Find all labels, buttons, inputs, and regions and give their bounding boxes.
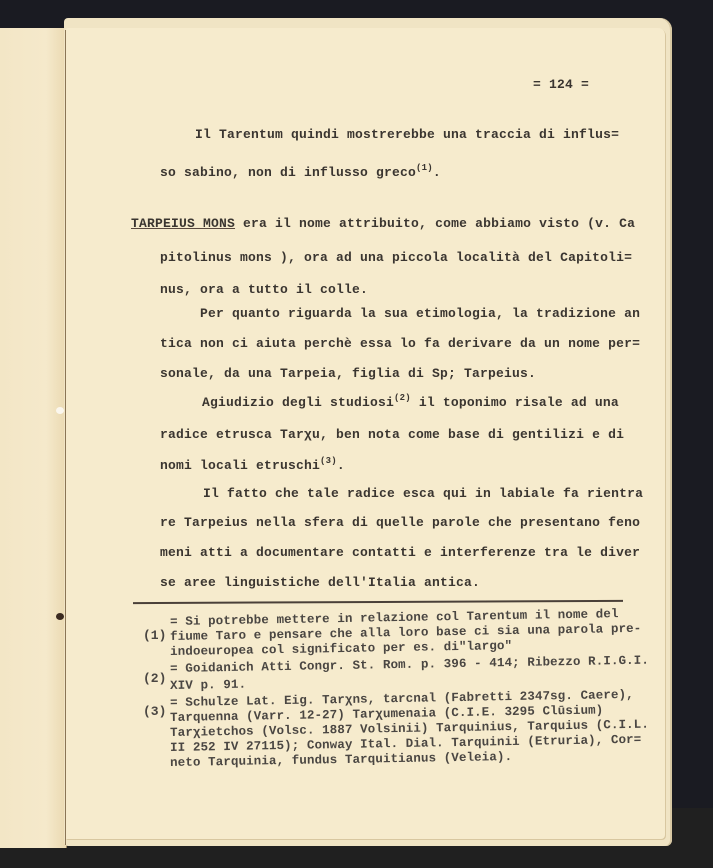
paragraph-line: sonale, da una Tarpeia, figlia di Sp; Ta…: [160, 366, 536, 381]
paragraph-line: Il Tarentum quindi mostrerebbe una tracc…: [195, 127, 619, 142]
page-number: = 124 =: [533, 77, 589, 92]
paragraph-line: TARPEIUS MONS era il nome attribuito, co…: [131, 216, 635, 231]
paragraph-line: radice etrusca Tarχu, ben nota come base…: [160, 427, 624, 442]
footnote-marker: (2): [143, 671, 166, 686]
paragraph-line: nomi locali etruschi(3).: [160, 456, 345, 473]
footnote-ref: (3): [320, 456, 337, 466]
paragraph-line: Agiudizio degli studiosi(2) il toponimo …: [202, 393, 619, 410]
paragraph-line: pitolinus mons ), ora ad una piccola loc…: [160, 250, 632, 265]
paragraph-line: meni atti a documentare contatti e inter…: [160, 545, 640, 560]
paragraph-line: so sabino, non di influsso greco(1).: [160, 163, 441, 180]
binding-hole: [56, 613, 64, 620]
paragraph-line: Il fatto che tale radice esca qui in lab…: [203, 486, 643, 501]
binding-hole: [56, 407, 64, 414]
paragraph-line: se aree linguistiche dell'Italia antica.: [160, 575, 480, 590]
left-page: [0, 28, 67, 848]
paragraph-line: nus, ora a tutto il colle.: [160, 282, 368, 297]
footnote-ref: (1): [416, 163, 433, 173]
footnote-marker: (3): [143, 704, 166, 719]
footnote-line: XIV p. 91.: [170, 678, 246, 693]
footnote-marker: (1): [143, 628, 166, 643]
section-heading: TARPEIUS MONS: [131, 216, 235, 231]
paragraph-line: re Tarpeius nella sfera di quelle parole…: [160, 515, 640, 530]
paragraph-line: tica non ci aiuta perchè essa lo fa deri…: [160, 336, 640, 351]
binding-gutter: [65, 30, 66, 845]
footnote-ref: (2): [394, 393, 411, 403]
paragraph-line: Per quanto riguarda la sua etimologia, l…: [200, 306, 640, 321]
